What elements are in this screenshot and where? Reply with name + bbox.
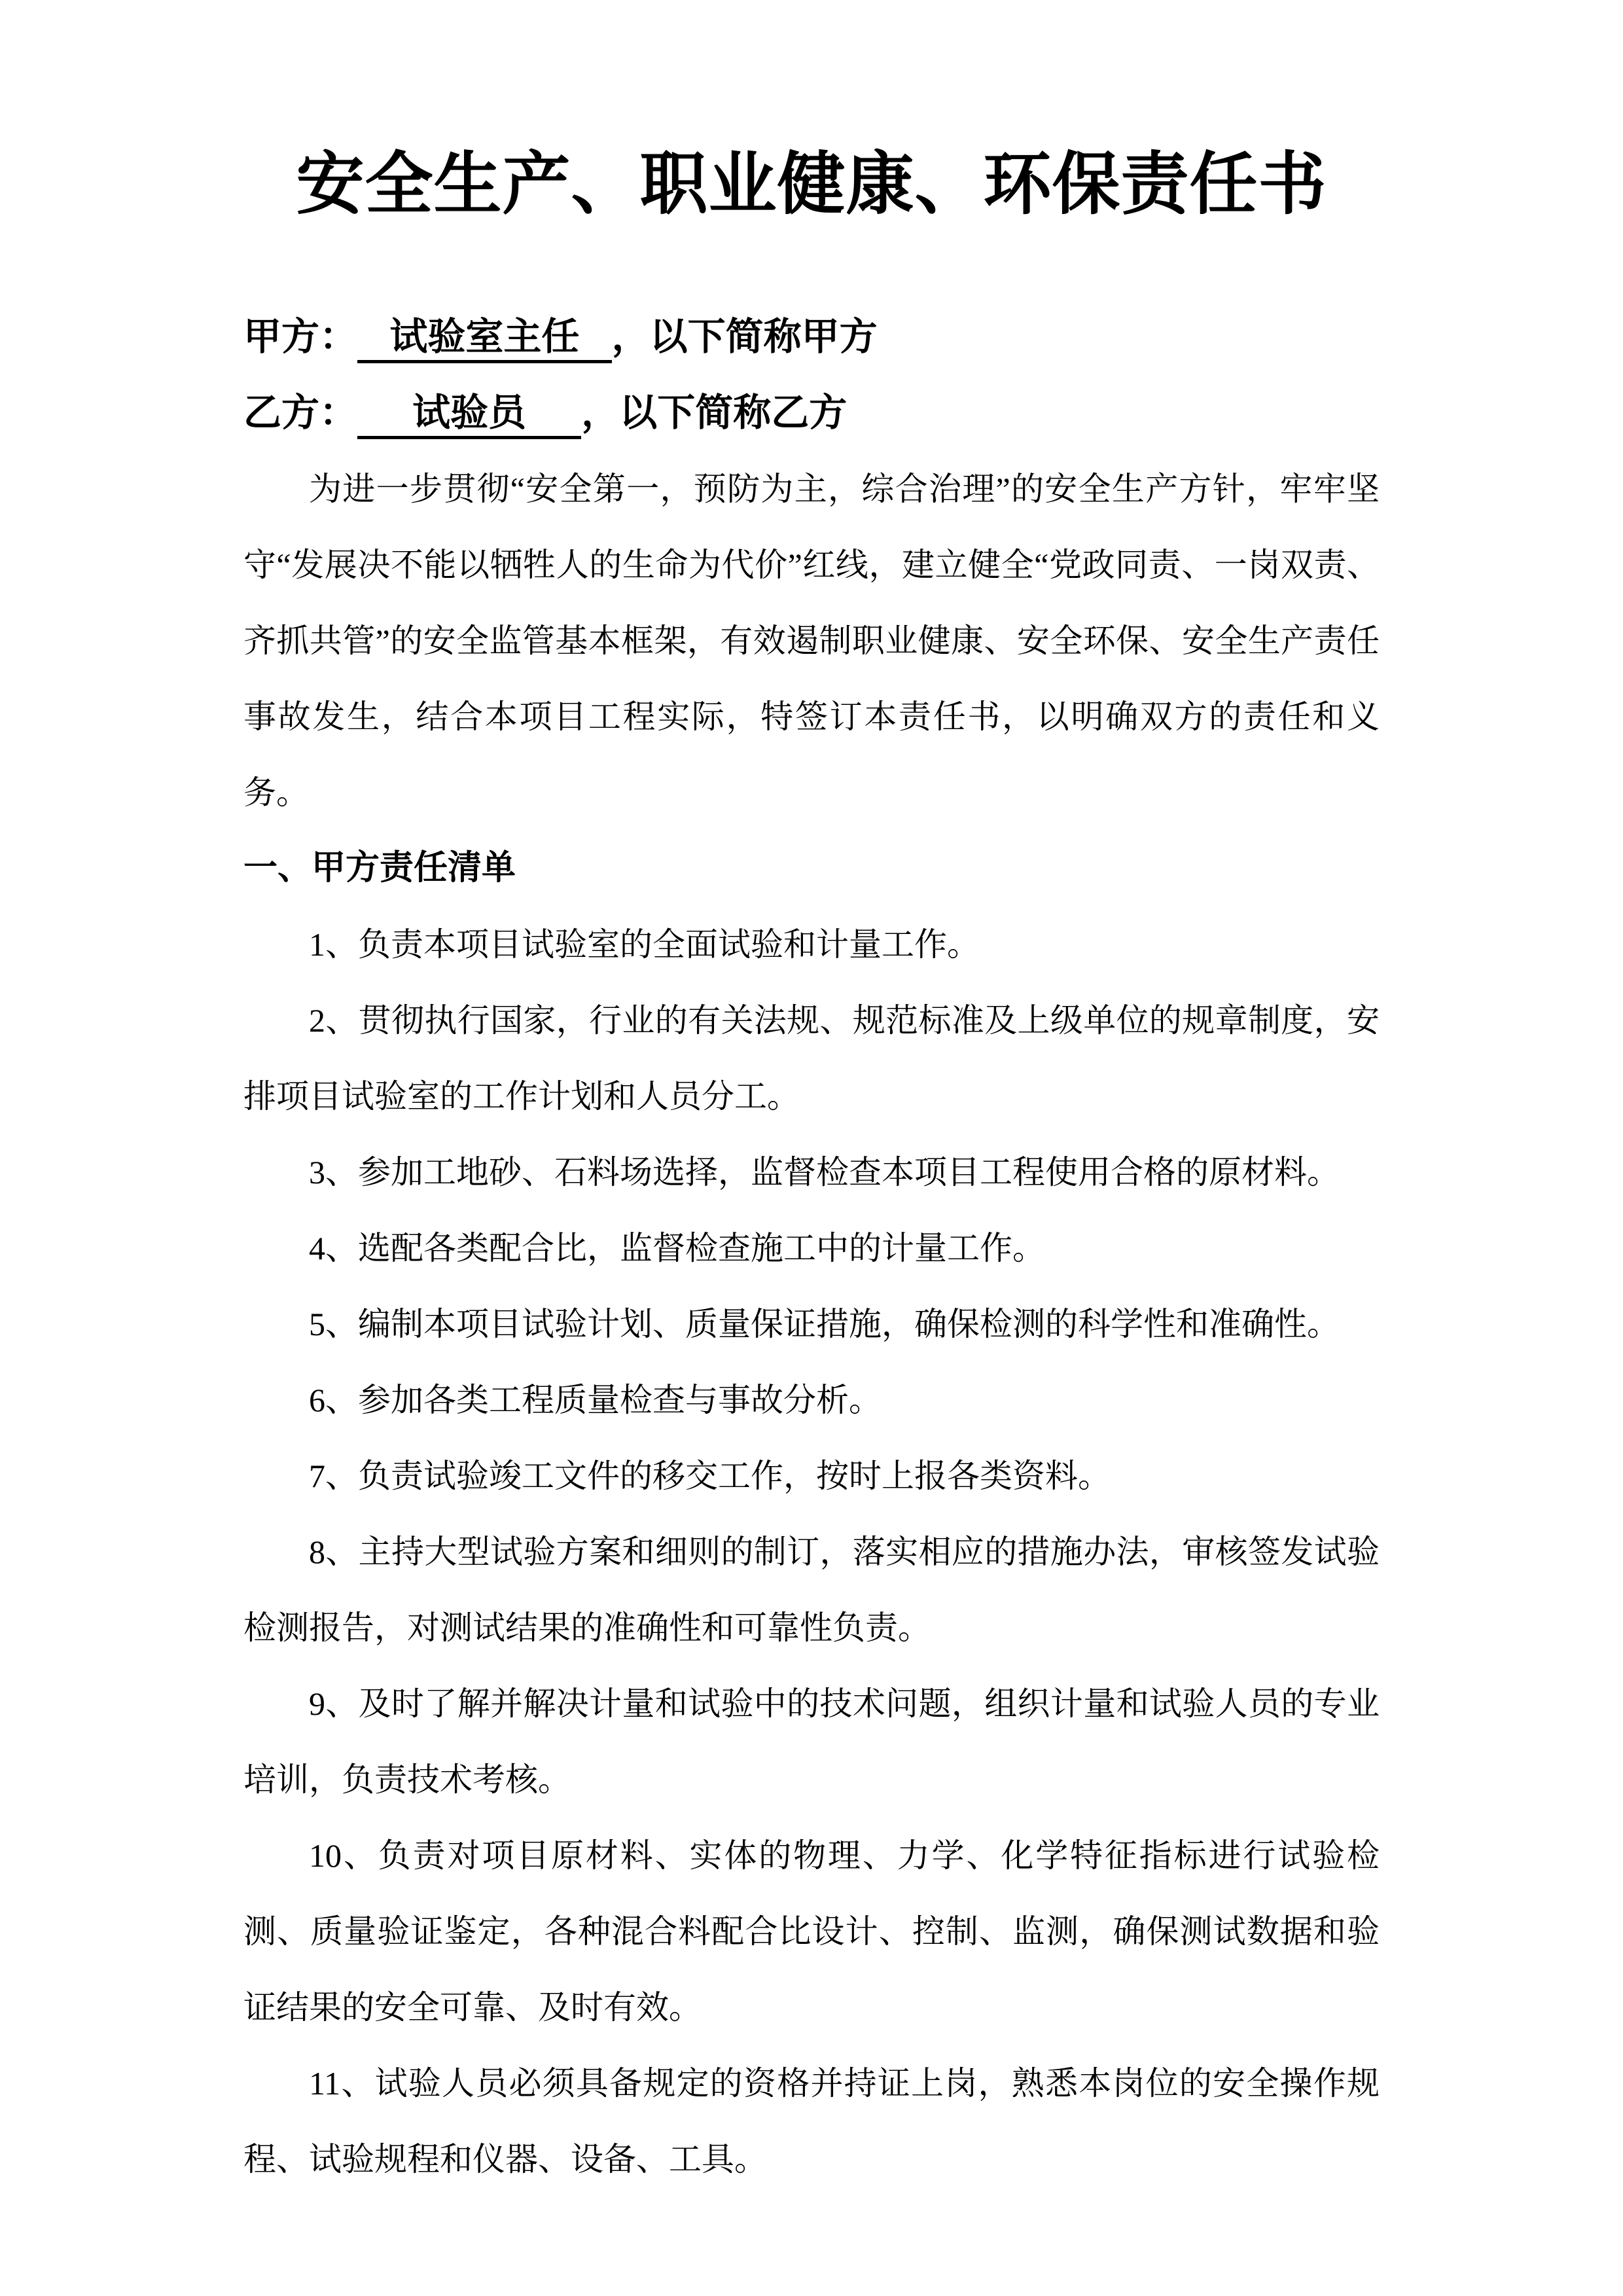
section1-item-4: 4、选配各类配合比，监督检查施工中的计量工作。 bbox=[243, 1210, 1380, 1286]
party-a-line: 甲方：试验室主任，以下简称甲方 bbox=[243, 299, 1380, 375]
party-b-line: 乙方：试验员，以下简称乙方 bbox=[243, 375, 1380, 451]
intro-paragraph: 为进一步贯彻“安全第一，预防为主，综合治理”的安全生产方针，牢牢坚守“发展决不能… bbox=[243, 451, 1380, 831]
party-a-label: 甲方： bbox=[243, 315, 357, 358]
party-a-blank-field: 试验室主任 bbox=[357, 314, 612, 363]
section1-item-5: 5、编制本项目试验计划、质量保证措施，确保检测的科学性和准确性。 bbox=[243, 1286, 1380, 1362]
section1-item-1: 1、负责本项目试验室的全面试验和计量工作。 bbox=[243, 906, 1380, 982]
section1-item-6: 6、参加各类工程质量检查与事故分析。 bbox=[243, 1362, 1380, 1438]
party-b-label: 乙方： bbox=[243, 391, 357, 434]
section1-item-9: 9、及时了解并解决计量和试验中的技术问题，组织计量和试验人员的专业培训，负责技术… bbox=[243, 1666, 1380, 1818]
party-a-suffix: ，以下简称甲方 bbox=[612, 315, 878, 358]
section-1-heading: 一、甲方责任清单 bbox=[243, 831, 1380, 906]
section1-item-3: 3、参加工地砂、石料场选择，监督检查本项目工程使用合格的原材料。 bbox=[243, 1134, 1380, 1210]
section1-item-10: 10、负责对项目原材料、实体的物理、力学、化学特征指标进行试验检测、质量验证鉴定… bbox=[243, 1818, 1380, 2045]
party-b-suffix: ，以下简称乙方 bbox=[581, 391, 847, 434]
party-b-blank-field: 试验员 bbox=[357, 390, 581, 439]
document-page: 安全生产、职业健康、环保责任书 甲方：试验室主任，以下简称甲方 乙方：试验员，以… bbox=[0, 0, 1623, 2296]
section1-item-8: 8、主持大型试验方案和细则的制订，落实相应的措施办法，审核签发试验检测报告，对测… bbox=[243, 1514, 1380, 1666]
section1-item-11: 11、试验人员必须具备规定的资格并持证上岗，熟悉本岗位的安全操作规程、试验规程和… bbox=[243, 2045, 1380, 2197]
section1-item-7: 7、负责试验竣工文件的移交工作，按时上报各类资料。 bbox=[243, 1438, 1380, 1514]
section1-item-2: 2、贯彻执行国家，行业的有关法规、规范标准及上级单位的规章制度，安排项目试验室的… bbox=[243, 982, 1380, 1134]
document-title: 安全生产、职业健康、环保责任书 bbox=[243, 134, 1380, 236]
